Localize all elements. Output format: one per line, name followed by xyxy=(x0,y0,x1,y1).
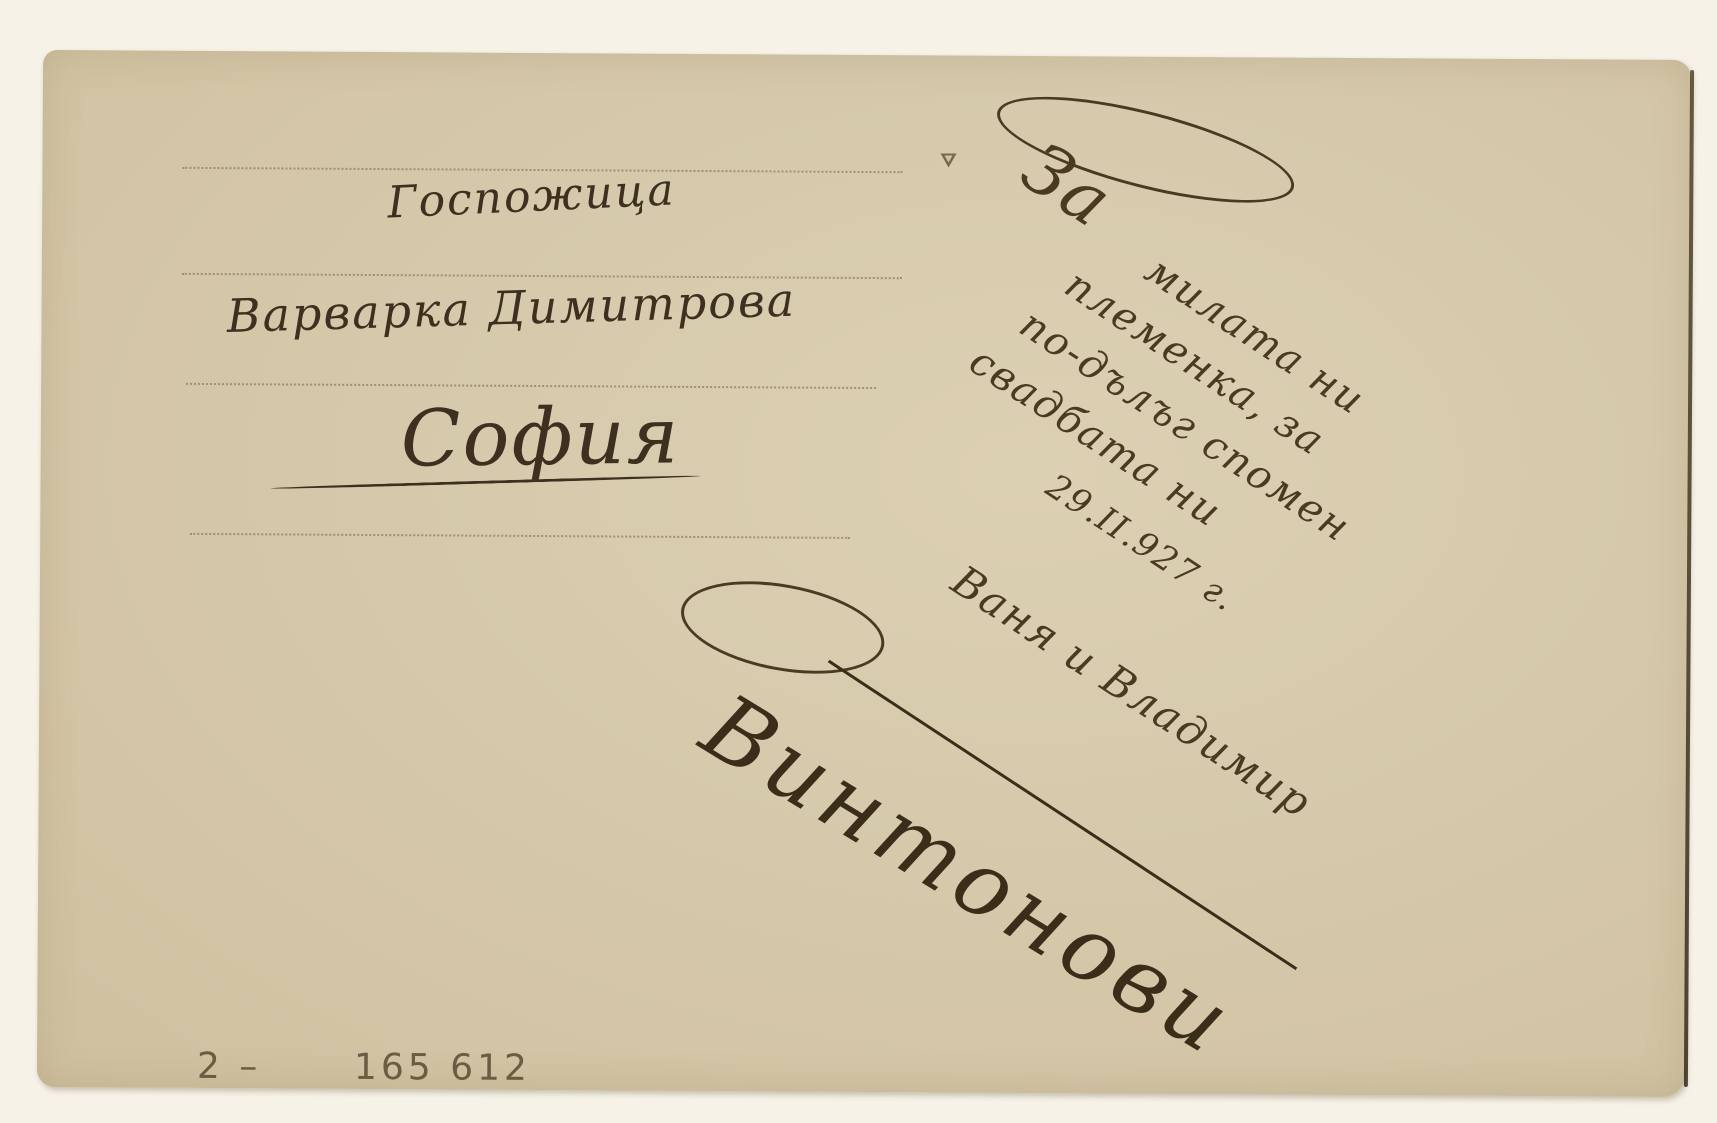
address-line-4 xyxy=(190,533,850,539)
postcard: Госпожица Варварка Димитрова София За ми… xyxy=(37,50,1691,1097)
catalog-value: 165 612 xyxy=(354,1047,531,1089)
signature-flourish xyxy=(674,567,892,689)
message-line-7: Ваня и Владимир xyxy=(943,556,1321,828)
address-recipient-name: Варварка Димитрова xyxy=(226,273,797,343)
address-salutation: Госпожица xyxy=(386,164,676,228)
triangle-mark-icon xyxy=(940,153,956,167)
catalog-number: 2 – 165 612 xyxy=(197,1046,531,1089)
address-line-3 xyxy=(186,383,876,389)
address-city: София xyxy=(400,391,681,484)
catalog-prefix: 2 – xyxy=(197,1046,262,1087)
